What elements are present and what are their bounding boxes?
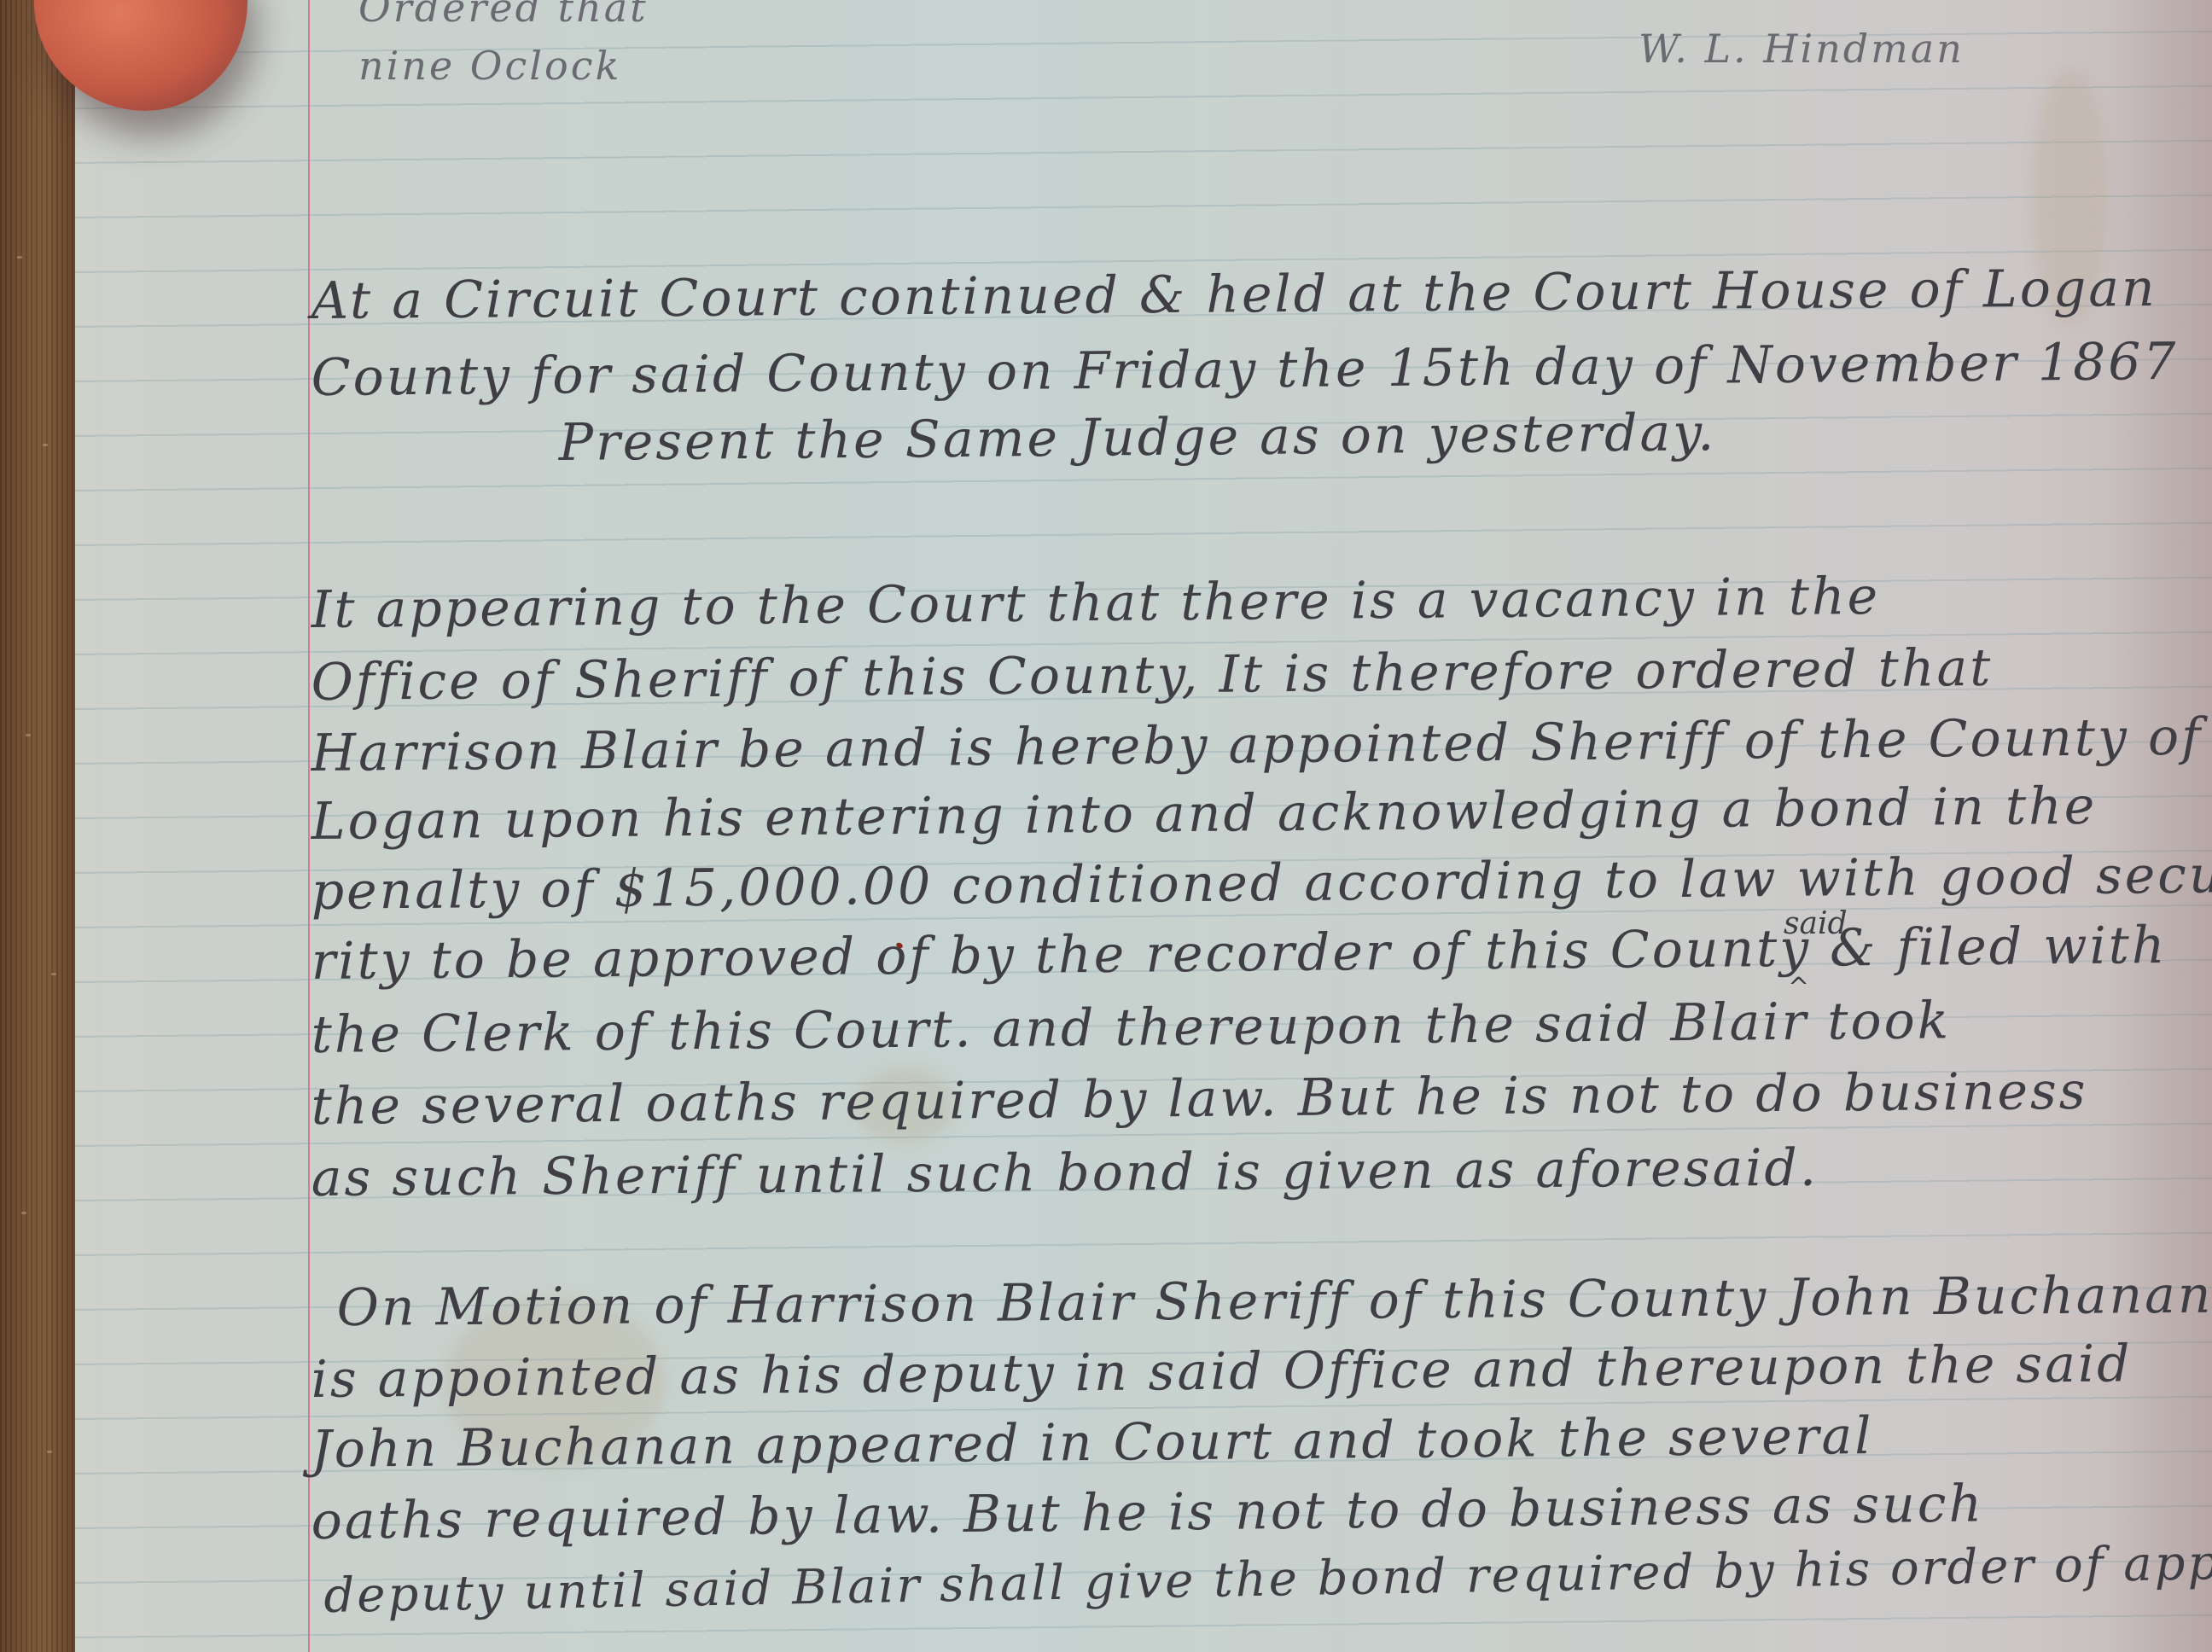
sheriff-order-line-9: as such Sheriff until such bond is given… [311, 1138, 1819, 1208]
court-session-line-3: Present the Same Judge as on yesterday. [558, 403, 1716, 473]
judge-signature: W. L. Hindman [1639, 26, 1965, 72]
prev-entry-line: nine Oclock [358, 43, 621, 89]
book-spine-edge [0, 0, 75, 1652]
red-margin-rule [308, 0, 310, 1652]
page-curl-shadow [2110, 0, 2212, 1652]
prev-entry-fragment: Ordered that [358, 0, 649, 31]
ledger-photo: Ordered that nine Oclock W. L. Hindman A… [0, 0, 2212, 1652]
